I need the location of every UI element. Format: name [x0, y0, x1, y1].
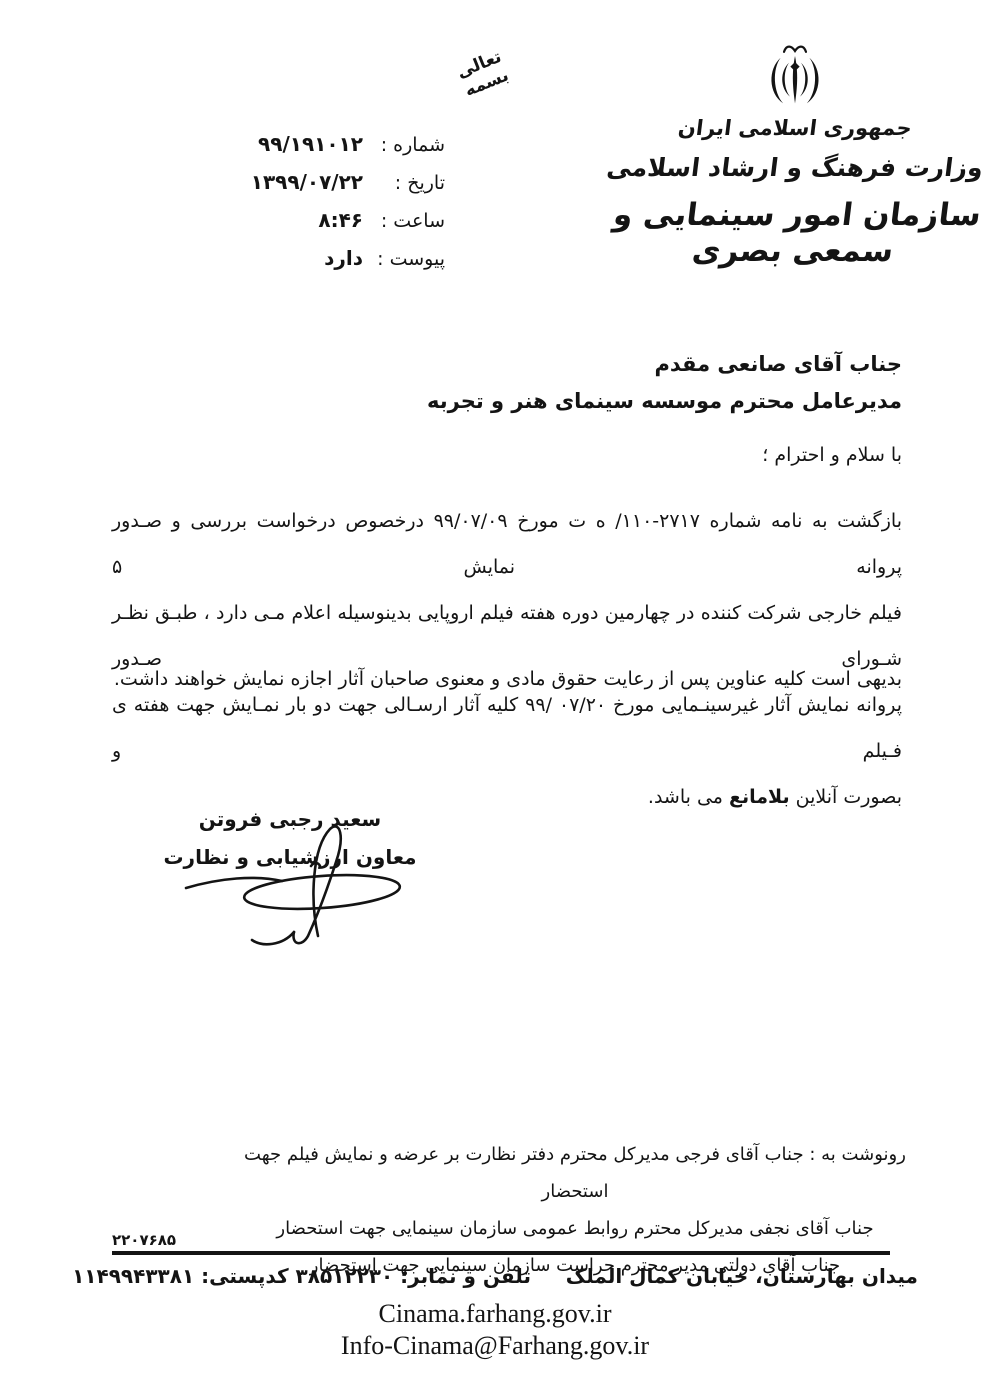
meta-label-date: تاریخ : — [373, 172, 445, 194]
iran-emblem-icon — [752, 40, 838, 116]
footer-website: Cinama.farhang.gov.ir — [0, 1299, 990, 1329]
cc-block: رونوشت به : جناب آقای فرجی مدیرکل محترم … — [230, 1136, 920, 1284]
letterhead-country: جمهوری اسلامی ایران — [599, 116, 990, 140]
body-line-4-emphasis: بلامانع — [729, 786, 790, 808]
footer-ref-number: ۲۲۰۷۶۸۵ — [112, 1231, 176, 1249]
letterhead: جمهوری اسلامی ایران وزارت فرهنگ و ارشاد … — [600, 116, 990, 269]
meta-label-number: شماره : — [373, 134, 445, 156]
footer-divider — [112, 1251, 890, 1255]
footer-address: میدان بهارستان، خیابان کمال الملک تلفن و… — [0, 1264, 990, 1288]
letter-body: بازگشت به نامه شماره ۲۷۱۷-۱۱۰/ ه ت مورخ … — [112, 498, 902, 820]
letter-meta: شماره : ۹۹/۱۹۱۰۱۲ تاریخ : ۱۳۹۹/۰۷/۲۲ ساع… — [100, 132, 445, 284]
cc-line-2: جناب آقای نجفی مدیرکل محترم روابط عمومی … — [230, 1210, 920, 1247]
handwritten-signature-scribble — [140, 814, 410, 954]
body-line-3: پروانه نمایش آثار غیرسینـمایی مورخ ⁦۹۹/ … — [112, 682, 902, 774]
salutation: با سلام و احترام ؛ — [427, 444, 902, 466]
meta-value-attachment: دارد — [324, 246, 363, 270]
meta-label-time: ساعت : — [373, 210, 445, 232]
meta-row-time: ساعت : ۸:۴۶ — [100, 208, 445, 232]
bismillah-stamp: تعالی بسمه — [454, 47, 512, 101]
meta-row-number: شماره : ۹۹/۱۹۱۰۱۲ — [100, 132, 445, 156]
recipient-title: مدیرعامل محترم موسسه سینمای هنر و تجربه — [427, 383, 902, 420]
meta-label-attachment: پیوست : — [373, 248, 445, 270]
letterhead-organization: سازمان امور سینمایی و سمعی بصری — [596, 197, 990, 269]
letterhead-ministry: وزارت فرهنگ و ارشاد اسلامی — [598, 153, 990, 182]
cc-line-1: رونوشت به : جناب آقای فرجی مدیرکل محترم … — [230, 1136, 920, 1210]
footer-email: Info-Cinama@Farhang.gov.ir — [0, 1331, 990, 1361]
letter-document: { "stamp": { "text": "تعالی\nبسمه" }, "l… — [0, 0, 990, 1400]
meta-row-date: تاریخ : ۱۳۹۹/۰۷/۲۲ — [100, 170, 445, 194]
recipient-name: جناب آقای صانعی مقدم — [427, 346, 902, 383]
body-line-4-pre: بصورت آنلاین — [790, 786, 902, 808]
meta-value-date: ۱۳۹۹/۰۷/۲۲ — [251, 170, 363, 194]
meta-row-attachment: پیوست : دارد — [100, 246, 445, 270]
body-line-1: بازگشت به نامه شماره ۲۷۱۷-۱۱۰/ ه ت مورخ … — [112, 498, 902, 590]
recipient-block: جناب آقای صانعی مقدم مدیرعامل محترم موسس… — [427, 346, 902, 466]
meta-value-time: ۸:۴۶ — [318, 208, 363, 232]
meta-value-number: ۹۹/۱۹۱۰۱۲ — [258, 132, 363, 156]
body-line-4-post: می باشد. — [648, 786, 729, 808]
body-paragraph-2: بدیهی است کلیه عناوین پس از رعایت حقوق م… — [112, 668, 902, 690]
